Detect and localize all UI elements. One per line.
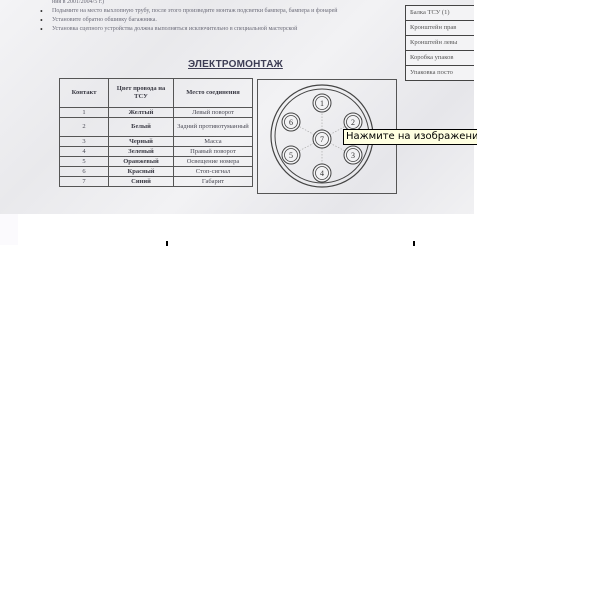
table-row: 7 Синий Габарит: [60, 177, 253, 187]
header-wire-color: Цвет провода на ТСУ: [109, 79, 174, 108]
cell-connection: Габарит: [174, 177, 253, 187]
header-connection: Место соединения: [174, 79, 253, 108]
cell-connection: Левый поворот: [174, 108, 253, 118]
svg-text:4: 4: [320, 169, 324, 178]
cell-color: Синий: [109, 177, 174, 187]
cell-contact: 1: [60, 108, 109, 118]
instruction-line: ния в 2001/2004/5 г.): [38, 0, 408, 7]
svg-text:3: 3: [351, 151, 355, 160]
cell-contact: 4: [60, 147, 109, 157]
parts-list-item: Кронштейн левы: [405, 36, 474, 51]
table-row: 6 Красный Стоп-сигнал: [60, 167, 253, 177]
instruction-bullet: Подымите на место выхлопную трубу, после…: [38, 7, 408, 16]
cell-connection: Задний противотуманный: [174, 118, 253, 137]
parts-list-item: Балка ТСУ (1): [405, 5, 474, 21]
cell-contact: 5: [60, 157, 109, 167]
svg-text:1: 1: [320, 99, 324, 108]
table-row: 3 Черный Масса: [60, 137, 253, 147]
cell-contact: 3: [60, 137, 109, 147]
table-row: 1 Желтый Левый поворот: [60, 108, 253, 118]
cell-color: Черный: [109, 137, 174, 147]
section-heading: ЭЛЕКТРОМОНТАЖ: [188, 59, 283, 70]
cell-connection: Освещение номера: [174, 157, 253, 167]
cell-connection: Правый поворот: [174, 147, 253, 157]
scanned-document-image[interactable]: ния в 2001/2004/5 г.) Подымите на место …: [0, 0, 474, 214]
parts-list: Балка ТСУ (1) Кронштейн прав Кронштейн л…: [405, 0, 474, 81]
cell-connection: Стоп-сигнал: [174, 167, 253, 177]
parts-list-item: Кронштейн прав: [405, 21, 474, 36]
table-row: 4 Зеленый Правый поворот: [60, 147, 253, 157]
cell-contact: 6: [60, 167, 109, 177]
instructions-list: ния в 2001/2004/5 г.) Подымите на место …: [38, 0, 408, 34]
svg-text:5: 5: [289, 151, 293, 160]
cell-contact: 2: [60, 118, 109, 137]
instruction-bullet: Установка сцепного устройства должна вып…: [38, 25, 408, 34]
header-contact: Контакт: [60, 79, 109, 108]
cell-color: Белый: [109, 118, 174, 137]
image-tooltip: Нажмите на изображение: [343, 129, 477, 145]
parts-list-item: Упаковка посто: [405, 66, 474, 81]
cell-color: Оранжевый: [109, 157, 174, 167]
parts-list-item: Коробка упаков: [405, 51, 474, 66]
instruction-bullet: Установите обратно обшивку багажника.: [38, 16, 408, 25]
svg-text:7: 7: [320, 135, 324, 144]
svg-text:2: 2: [351, 118, 355, 127]
wiring-table: Контакт Цвет провода на ТСУ Место соедин…: [59, 78, 253, 187]
cell-color: Красный: [109, 167, 174, 177]
layout-marker: [413, 241, 415, 246]
svg-text:6: 6: [289, 118, 293, 127]
table-header-row: Контакт Цвет провода на ТСУ Место соедин…: [60, 79, 253, 108]
cell-color: Зеленый: [109, 147, 174, 157]
layout-marker: [166, 241, 168, 246]
table-row: 2 Белый Задний противотуманный: [60, 118, 253, 137]
cell-contact: 7: [60, 177, 109, 187]
cell-color: Желтый: [109, 108, 174, 118]
table-row: 5 Оранжевый Освещение номера: [60, 157, 253, 167]
cell-connection: Масса: [174, 137, 253, 147]
